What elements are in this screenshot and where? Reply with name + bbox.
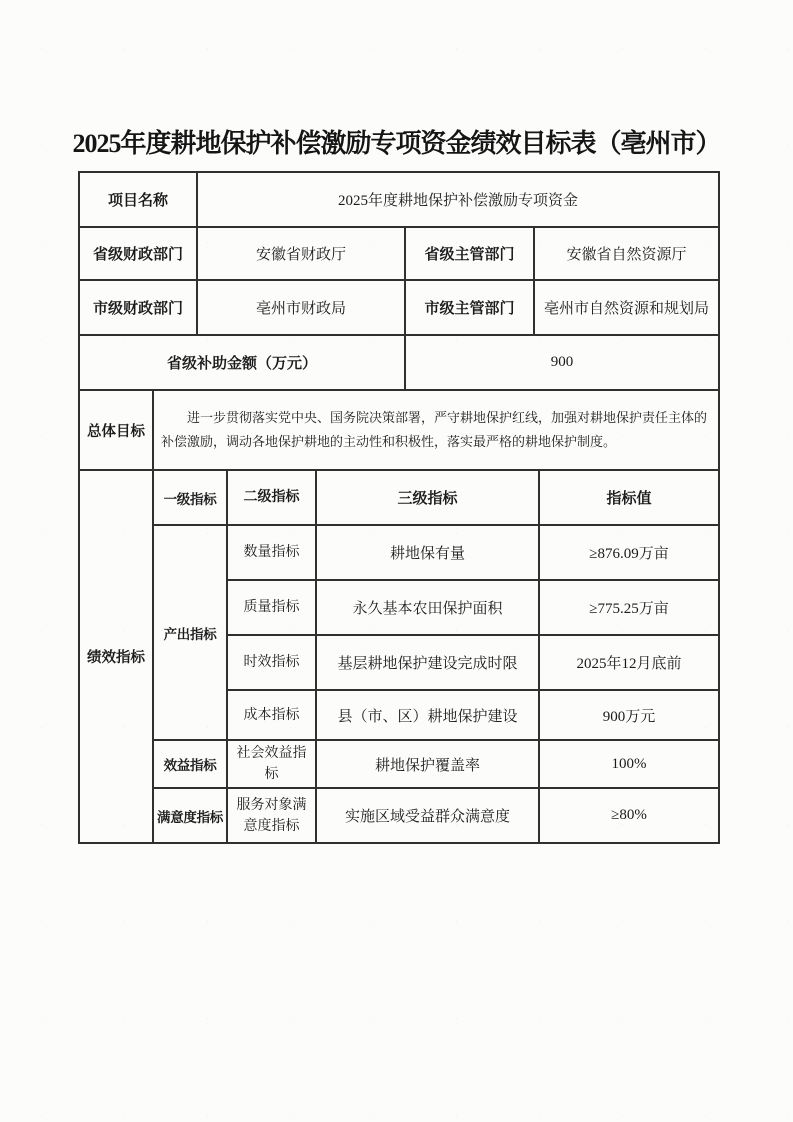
overall-goal-label: 总体目标	[79, 390, 153, 470]
overall-goal-text: 进一步贯彻落实党中央、国务院决策部署，严守耕地保护红线，加强对耕地保护责任主体的…	[153, 390, 719, 470]
table-row: 市级财政部门 亳州市财政局 市级主管部门 亳州市自然资源和规划局	[79, 280, 719, 335]
project-name-value: 2025年度耕地保护补偿激励专项资金	[197, 172, 719, 227]
table-row: 绩效指标 一级指标 二级指标 三级指标 指标值	[79, 470, 719, 525]
timeliness-indicator-label: 时效指标	[227, 635, 316, 690]
provincial-admin-dept-label: 省级主管部门	[405, 227, 534, 280]
level3-indicator-header: 三级指标	[316, 470, 539, 525]
quantity-indicator-value: ≥876.09万亩	[539, 525, 719, 580]
page-title: 2025年度耕地保护补偿激励专项资金绩效目标表（亳州市）	[0, 123, 793, 160]
cost-indicator-name: 县（市、区）耕地保护建设	[316, 690, 539, 740]
table-row: 效益指标 社会效益指标 耕地保护覆盖率 100%	[79, 740, 719, 788]
service-target-satisfaction-label: 服务对象满意度指标	[227, 788, 316, 843]
city-admin-dept-label: 市级主管部门	[405, 280, 534, 335]
provincial-finance-dept-label: 省级财政部门	[79, 227, 197, 280]
city-admin-dept-value: 亳州市自然资源和规划局	[534, 280, 719, 335]
provincial-finance-dept-value: 安徽省财政厅	[197, 227, 405, 280]
project-name-label: 项目名称	[79, 172, 197, 227]
table-row: 省级补助金额（万元） 900	[79, 335, 719, 390]
performance-target-table: 项目名称 2025年度耕地保护补偿激励专项资金 省级财政部门 安徽省财政厅 省级…	[78, 171, 718, 844]
quality-indicator-value: ≥775.25万亩	[539, 580, 719, 635]
timeliness-indicator-value: 2025年12月底前	[539, 635, 719, 690]
subsidy-amount-value: 900	[405, 335, 719, 390]
indicators-section: 绩效指标 一级指标 二级指标 三级指标 指标值 产出指标 数量指标 耕地保有量 …	[78, 469, 720, 844]
output-indicator-group-label: 产出指标	[153, 525, 227, 740]
performance-indicators-label: 绩效指标	[79, 470, 153, 843]
provincial-admin-dept-value: 安徽省自然资源厅	[534, 227, 719, 280]
info-section: 项目名称 2025年度耕地保护补偿激励专项资金 省级财政部门 安徽省财政厅 省级…	[78, 171, 720, 391]
level1-indicator-header: 一级指标	[153, 470, 227, 525]
social-benefit-indicator-label: 社会效益指标	[227, 740, 316, 788]
city-finance-dept-value: 亳州市财政局	[197, 280, 405, 335]
cost-indicator-label: 成本指标	[227, 690, 316, 740]
table-row: 产出指标 数量指标 耕地保有量 ≥876.09万亩	[79, 525, 719, 580]
scanned-document-page: { "title": "2025年度耕地保护补偿激励专项资金绩效目标表（亳州市）…	[0, 0, 793, 1122]
social-benefit-indicator-name: 耕地保护覆盖率	[316, 740, 539, 788]
overall-goal-paragraph: 进一步贯彻落实党中央、国务院决策部署，严守耕地保护红线，加强对耕地保护责任主体的…	[161, 410, 707, 449]
quantity-indicator-label: 数量指标	[227, 525, 316, 580]
quality-indicator-label: 质量指标	[227, 580, 316, 635]
quality-indicator-name: 永久基本农田保护面积	[316, 580, 539, 635]
overall-goal-section: 总体目标 进一步贯彻落实党中央、国务院决策部署，严守耕地保护红线，加强对耕地保护…	[78, 389, 720, 471]
timeliness-indicator-name: 基层耕地保护建设完成时限	[316, 635, 539, 690]
cost-indicator-value: 900万元	[539, 690, 719, 740]
subsidy-amount-label: 省级补助金额（万元）	[79, 335, 405, 390]
satisfaction-indicator-name: 实施区域受益群众满意度	[316, 788, 539, 843]
table-row: 项目名称 2025年度耕地保护补偿激励专项资金	[79, 172, 719, 227]
table-row: 省级财政部门 安徽省财政厅 省级主管部门 安徽省自然资源厅	[79, 227, 719, 280]
table-row: 满意度指标 服务对象满意度指标 实施区域受益群众满意度 ≥80%	[79, 788, 719, 843]
benefit-indicator-group-label: 效益指标	[153, 740, 227, 788]
satisfaction-indicator-group-label: 满意度指标	[153, 788, 227, 843]
quantity-indicator-name: 耕地保有量	[316, 525, 539, 580]
table-row: 总体目标 进一步贯彻落实党中央、国务院决策部署，严守耕地保护红线，加强对耕地保护…	[79, 390, 719, 470]
level2-indicator-header: 二级指标	[227, 470, 316, 525]
indicator-value-header: 指标值	[539, 470, 719, 525]
social-benefit-indicator-value: 100%	[539, 740, 719, 788]
satisfaction-indicator-value: ≥80%	[539, 788, 719, 843]
city-finance-dept-label: 市级财政部门	[79, 280, 197, 335]
